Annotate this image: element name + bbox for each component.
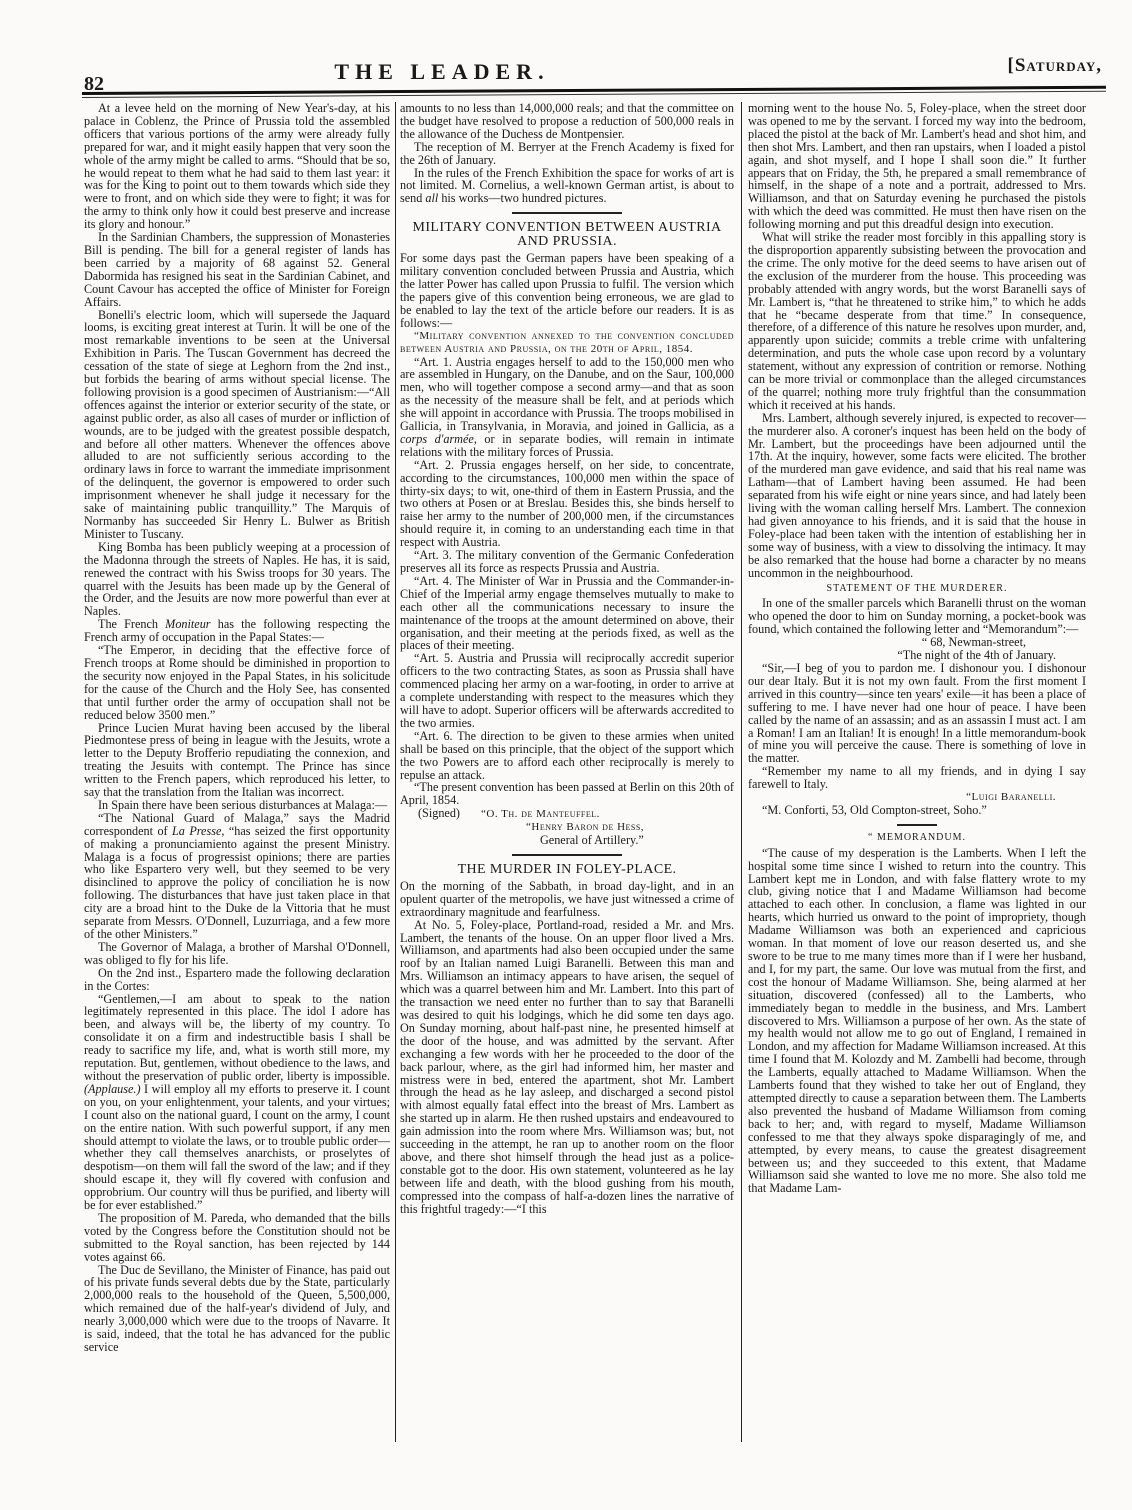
text-run: I will employ all my efforts to preserve… xyxy=(84,1082,390,1212)
article-paragraph: “Art. 3. The military convention of the … xyxy=(400,549,734,575)
letter-postscript: “M. Conforti, 53, Old Compton-street, So… xyxy=(748,804,1086,817)
article-paragraph: At No. 5, Foley-place, Portland-road, re… xyxy=(400,919,734,1216)
column-2: amounts to no less than 14,000,000 reals… xyxy=(400,102,734,1216)
article-paragraph: At a levee held on the morning of New Ye… xyxy=(84,102,390,231)
column-divider xyxy=(741,102,742,1442)
column-3: morning went to the house No. 5, Foley-p… xyxy=(748,102,1086,1195)
article-paragraph: “The present convention has been passed … xyxy=(400,781,734,807)
day-label: [Saturday, xyxy=(1008,55,1103,77)
quoted-paragraph: “The Emperor, in deciding that the effec… xyxy=(84,644,390,721)
article-paragraph: “Art. 5. Austria and Prussia will recipr… xyxy=(400,652,734,729)
article-paragraph: For some days past the German papers hav… xyxy=(400,252,734,329)
article-paragraph: In the rules of the French Exhibition th… xyxy=(400,167,734,206)
article-paragraph: “Art. 6. The direction to be given to th… xyxy=(400,730,734,782)
article-paragraph: Mrs. Lambert, although severely injured,… xyxy=(748,412,1086,580)
article-paragraph: The Duc de Sevillano, the Minister of Fi… xyxy=(84,1264,390,1354)
signature-block: (Signed) “O. Th. de Manteuffel. xyxy=(400,807,734,821)
text-run: The French xyxy=(98,617,165,631)
letter-signature: “Luigi Baranelli. xyxy=(748,791,1086,804)
article-paragraph: In one of the smaller parcels which Bara… xyxy=(748,597,1086,636)
section-heading-military-convention: MILITARY CONVENTION BETWEEN AUSTRIA AND … xyxy=(400,221,734,249)
letter-body: “Sir,—I beg of you to pardon me. I disho… xyxy=(748,662,1086,765)
article-paragraph: The proposition of M. Pareda, who demand… xyxy=(84,1212,390,1264)
article-paragraph: The Governor of Malaga, a brother of Mar… xyxy=(84,941,390,967)
article-paragraph: In the Sardinian Chambers, the suppressi… xyxy=(84,231,390,308)
article-paragraph: Prince Lucien Murat having been accused … xyxy=(84,722,390,799)
signature-title: General of Artillery.” xyxy=(400,834,734,847)
article-paragraph: “Art. 1. Austria engages herself to add … xyxy=(400,356,734,459)
newspaper-title: THE LEADER. xyxy=(282,59,602,85)
article-paragraph: On the 2nd inst., Espartero made the fol… xyxy=(84,967,390,993)
section-rule xyxy=(512,854,622,856)
italic-run: all xyxy=(425,191,438,205)
section-rule xyxy=(512,212,622,214)
article-paragraph: King Bomba has been publicly weeping at … xyxy=(84,541,390,618)
newspaper-page: 82 THE LEADER. [Saturday, At a levee hel… xyxy=(0,0,1132,1510)
signature: “O. Th. de Manteuffel. xyxy=(481,808,600,820)
memorandum-body: “The cause of my desperation is the Lamb… xyxy=(748,847,1086,1195)
article-paragraph: morning went to the house No. 5, Foley-p… xyxy=(748,102,1086,231)
italic-run: (Applause.) xyxy=(84,1082,141,1096)
signed-label: (Signed) xyxy=(400,807,478,820)
article-paragraph: amounts to no less than 14,000,000 reals… xyxy=(400,102,734,141)
section-heading-memorandum: “ MEMORANDUM. xyxy=(748,832,1086,845)
section-rule xyxy=(897,824,937,826)
quoted-paragraph: “The National Guard of Malaga,” says the… xyxy=(84,812,390,941)
italic-run: corps d'armée xyxy=(400,432,474,446)
italic-run: La Presse xyxy=(172,824,221,838)
text-run: , “has seized the first opportunity of m… xyxy=(84,824,390,941)
article-paragraph: On the morning of the Sabbath, in broad … xyxy=(400,880,734,919)
letter-farewell: “Remember my name to all my friends, and… xyxy=(748,765,1086,791)
italic-run: Moniteur xyxy=(165,617,210,631)
text-run: “Art. 1. Austria engages herself to add … xyxy=(400,355,734,434)
article-paragraph: What will strike the reader most forcibl… xyxy=(748,231,1086,412)
quoted-paragraph: “Gentlemen,—I am about to speak to the n… xyxy=(84,993,390,1212)
article-paragraph: “Art. 2. Prussia engages herself, on her… xyxy=(400,459,734,549)
convention-title: “Military convention annexed to the conv… xyxy=(400,330,734,356)
column-divider xyxy=(395,102,396,1442)
section-heading-murder: THE MURDER IN FOLEY-PLACE. xyxy=(400,863,734,877)
column-1: At a levee held on the morning of New Ye… xyxy=(84,102,390,1354)
text-run: “Gentlemen,—I am about to speak to the n… xyxy=(84,992,390,1083)
text-run: his works—two hundred pictures. xyxy=(438,191,606,205)
article-paragraph: The reception of M. Berryer at the Frenc… xyxy=(400,141,734,167)
article-paragraph: Bonelli's electric loom, which will supe… xyxy=(84,309,390,541)
article-paragraph: The French Moniteur has the following re… xyxy=(84,618,390,644)
article-paragraph: “Art. 4. The Minister of War in Prussia … xyxy=(400,575,734,652)
section-heading-statement: STATEMENT OF THE MURDERER. xyxy=(748,583,1086,596)
